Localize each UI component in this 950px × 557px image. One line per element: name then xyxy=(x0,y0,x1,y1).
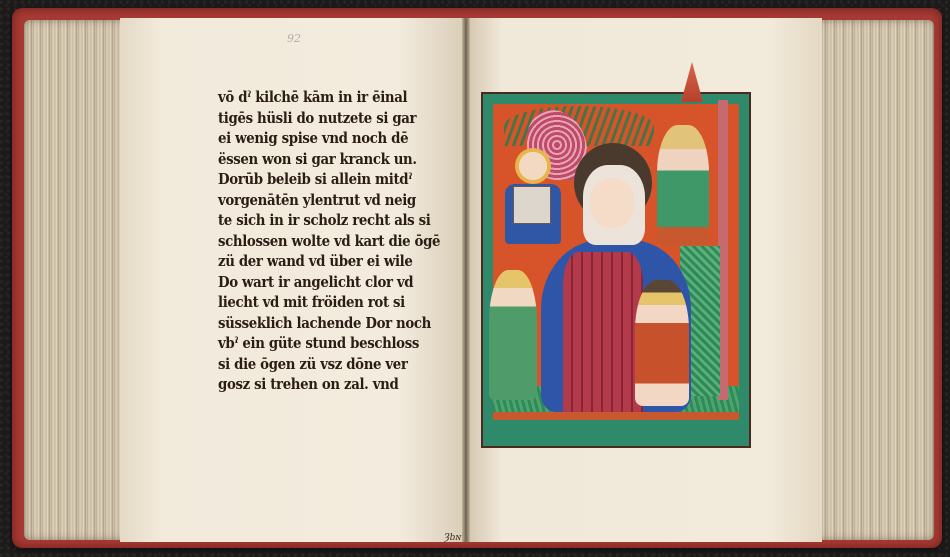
left-page-edges xyxy=(24,20,124,540)
text-line: vorgenātēn ylentrut vd neig xyxy=(218,191,448,212)
virgin-mary-face xyxy=(590,178,634,228)
manuscript-text-block: vō dˀ kilchē kām in ir ēinal tigēs hüsli… xyxy=(218,88,468,396)
text-line: süsseklich lachende Dor noch xyxy=(218,314,448,335)
text-line: tigēs hüsli do nutzete si gar xyxy=(218,109,448,130)
text-line: ei wenig spise vnd noch dē xyxy=(218,129,448,150)
text-line: zü der wand vd über ei wile xyxy=(218,252,448,273)
text-line: vō dˀ kilchē kām in ir ēinal xyxy=(218,88,448,109)
text-line: schlossen wolte vd kart die ōgē xyxy=(218,232,448,253)
text-line: te sich in ir scholz recht als si xyxy=(218,211,448,232)
text-line: Do wart ir angelicht clor vd xyxy=(218,273,448,294)
angel-head xyxy=(515,148,551,184)
virgin-mary-gown xyxy=(563,252,643,412)
text-line: vbˀ ein güte stund beschloss xyxy=(218,334,448,355)
joseph-figure xyxy=(657,125,709,245)
text-line: gosz si trehen on zal. vnd xyxy=(218,375,448,396)
child-saint-figure xyxy=(489,270,537,400)
text-line: liecht vd mit fröiden rot si xyxy=(218,293,448,314)
catchword: Ȝbɴ xyxy=(444,533,461,543)
text-line: Dorūb beleib si allein mitdˀ xyxy=(218,170,448,191)
text-line: si die ōgen zü vsz dōne ver xyxy=(218,355,448,376)
floor-band xyxy=(493,412,739,420)
christ-child-figure xyxy=(635,280,689,406)
right-page-edges xyxy=(818,20,934,540)
text-line: ëssen won si gar kranck un. xyxy=(218,150,448,171)
folio-number: 92 xyxy=(287,32,301,45)
open-book xyxy=(513,186,551,224)
